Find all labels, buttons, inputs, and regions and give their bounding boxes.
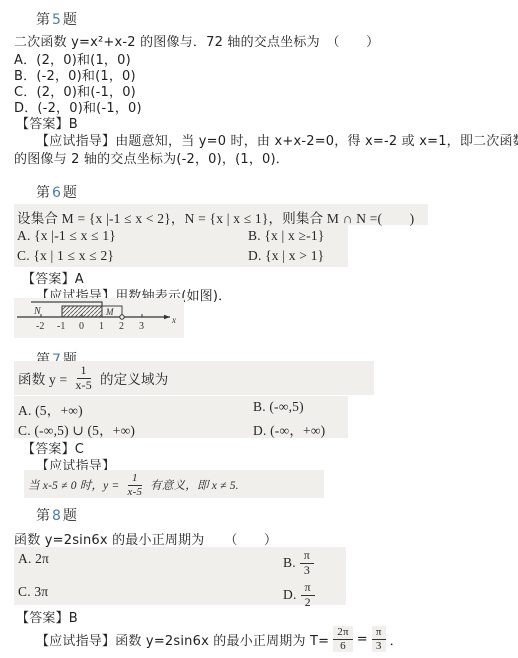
q5-header-number: 5 [50,12,63,28]
q7-fraction: 1x-5 [71,364,96,393]
q8-option-b-fraction: π3 [300,549,314,578]
q7-fraction-numerator: 1 [77,364,91,379]
q7-option-a: A. (5，+∞) [18,399,83,419]
q6-option-a: A. {x |-1 ≤ x ≤ 1} [17,228,116,244]
q6-option-b: B. {x | x ≥-1} [248,228,325,244]
tick-label: 2 [119,321,124,332]
q8-option-d-label: D. [283,587,297,603]
tick-label: 1 [99,321,104,332]
n-region-label: N [33,306,42,317]
q8-option-d-fraction: π2 [301,581,315,610]
q5-explanation-line1: 【应试指导】由题意知，当 y=0 时，由 x+x-2=0，得 x=-2 或 x=… [36,130,518,149]
q8-option-b-label: B. [283,555,296,571]
q7-statement: 函数 y = 1x-5 的定义域为 [18,364,168,393]
q8-option-d-denominator: 2 [301,596,315,610]
q6-statement: 设集合 M = {x |-1 ≤ x < 2}，N = {x | x ≤ 1}，… [17,207,414,227]
tick-label: 3 [139,321,144,332]
q7-statement-prefix: 函数 y = [18,368,67,388]
q8-explain-frac1-denominator: 6 [336,640,350,653]
q8-explain-frac2-denominator: 3 [372,640,386,653]
q8-option-d: D. π2 [283,581,319,610]
q8-explain-post: ． [390,630,403,649]
q8-answer: 【答案】B [16,607,78,626]
q7-explain: 当 x-5 ≠ 0 时，y = 1x-5 有意义，即 x ≠ 5. [28,472,239,498]
q7-explain-pre: 当 x-5 ≠ 0 时，y = [28,477,120,493]
q8-option-a: A. 2π [18,551,49,567]
q7-explain-fraction: 1x-5 [124,472,147,498]
q7-statement-suffix: 的定义域为 [100,368,169,388]
q8-explain-frac2-numerator: π [372,626,386,640]
tick-label: 0 [79,321,84,332]
q7-explain-frac-numerator: 1 [128,472,142,486]
q8-option-d-numerator: π [301,581,315,596]
exam-answer-sheet: 第5题 二次函数 y=x²+x-2 的图像与．72 轴的交点坐标为 （ ） A．… [0,0,518,658]
q7-option-b: B. (-∞,5) [253,399,304,415]
m-region-label: M [105,307,114,317]
q8-header-suffix: 题 [63,508,77,524]
q8-explain: 【应试指导】函数 y=2sin6x 的最小正周期为 T= 2π6 = π3 ． [36,626,403,652]
question8-header: 第8题 [36,505,77,525]
question5-header: 第5题 [36,9,77,29]
figure-scan-bg [14,298,184,338]
q8-option-c: C. 3π [18,584,48,600]
q8-header-prefix: 第 [36,508,50,524]
q5-statement: 二次函数 y=x²+x-2 的图像与．72 轴的交点坐标为 （ ） [14,31,379,50]
q7-fraction-denominator: x-5 [71,379,96,393]
q8-header-number: 8 [50,508,63,524]
q8-statement: 函数 y=2sin6x 的最小正周期为 （ ） [14,529,277,548]
number-line-figure: N M -2 -1 0 1 2 3 x [14,298,184,338]
q8-explain-pre: 【应试指导】函数 y=2sin6x 的最小正周期为 T= [36,630,329,649]
q5-header-prefix: 第 [36,12,50,28]
tick-label: -1 [57,321,65,332]
q8-option-b-numerator: π [300,549,314,564]
tick-label: -2 [36,321,44,332]
q8-explain-fraction2: π3 [372,626,386,652]
q5-header-suffix: 题 [63,12,77,28]
q7-option-c: C. (-∞,5) ∪ (5，+∞) [18,419,135,439]
axis-label: x [171,315,176,325]
q7-option-d: D. (-∞，+∞) [253,419,325,439]
question6-header: 第6题 [36,182,77,202]
q5-explanation-line2: 的图像与 2 轴的交点坐标为(-2，0)，(1，0)． [14,148,289,167]
q6-header-number: 6 [50,185,63,201]
q6-header-prefix: 第 [36,185,50,201]
open-endpoint-circle [120,315,124,319]
q8-explain-equals: = [357,632,368,647]
q8-explain-fraction1: 2π6 [333,626,352,652]
q6-option-d: D. {x | x > 1} [248,248,324,264]
q7-explain-post: 有意义，即 x ≠ 5. [150,477,239,493]
q8-option-b: B. π3 [283,549,318,578]
q6-header-suffix: 题 [63,185,77,201]
q6-option-c: C. {x | 1 ≤ x ≤ 2} [17,248,114,264]
q8-explain-frac1-numerator: 2π [333,626,352,640]
q8-option-b-denominator: 3 [300,564,314,578]
q7-explain-frac-denominator: x-5 [124,486,147,499]
